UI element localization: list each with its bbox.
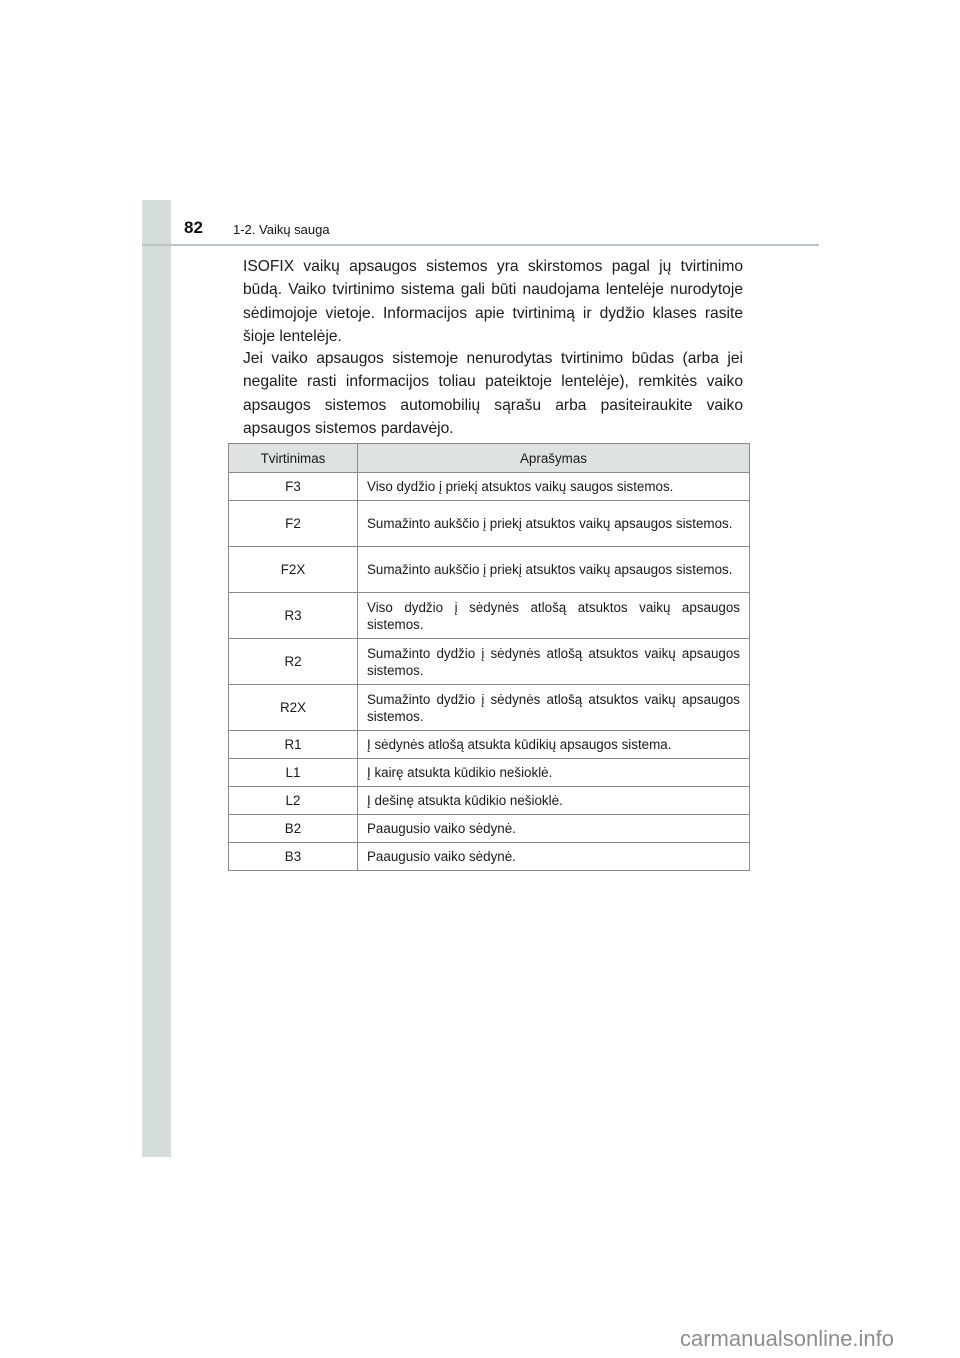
- table-header-row: Tvirtinimas Aprašymas: [229, 444, 750, 473]
- fixture-description: Viso dydžio į sėdynės atlošą atsuktos va…: [358, 593, 750, 639]
- fixture-description: Į sėdynės atlošą atsukta kūdikių apsaugo…: [358, 731, 750, 759]
- table-row: R3 Viso dydžio į sėdynės atlošą atsuktos…: [229, 593, 750, 639]
- table-row: L2 Į dešinę atsukta kūdikio nešioklė.: [229, 787, 750, 815]
- watermark: carmanualsonline.info: [680, 1326, 894, 1352]
- fixture-code: F3: [229, 473, 358, 501]
- fixture-code: L2: [229, 787, 358, 815]
- table-row: B2 Paaugusio vaiko sėdynė.: [229, 815, 750, 843]
- fixture-code: R2X: [229, 685, 358, 731]
- fixture-code: L1: [229, 759, 358, 787]
- fixture-code: F2: [229, 501, 358, 547]
- fixture-description: Į dešinę atsukta kūdikio nešioklė.: [358, 787, 750, 815]
- fixture-description: Paaugusio vaiko sėdynė.: [358, 843, 750, 871]
- table-row: F2 Sumažinto aukščio į priekį atsuktos v…: [229, 501, 750, 547]
- fixture-code: B2: [229, 815, 358, 843]
- table-row: R1 Į sėdynės atlošą atsukta kūdikių apsa…: [229, 731, 750, 759]
- fixture-code: F2X: [229, 547, 358, 593]
- fixture-code: R2: [229, 639, 358, 685]
- table-row: R2X Sumažinto dydžio į sėdynės atlošą at…: [229, 685, 750, 731]
- fixture-description: Sumažinto aukščio į priekį atsuktos vaik…: [358, 547, 750, 593]
- intro-paragraph: ISOFIX vaikų apsaugos sistemos yra skirs…: [243, 255, 743, 349]
- column-header-description: Aprašymas: [358, 444, 750, 473]
- fixture-description: Sumažinto dydžio į sėdynės atlošą atsukt…: [358, 685, 750, 731]
- note-paragraph: Jei vaiko apsaugos sistemoje nenurodytas…: [243, 347, 743, 441]
- table-row: F3 Viso dydžio į priekį atsuktos vaikų s…: [229, 473, 750, 501]
- table-row: B3 Paaugusio vaiko sėdynė.: [229, 843, 750, 871]
- page-number: 82: [184, 218, 203, 238]
- isofix-fixture-table: Tvirtinimas Aprašymas F3 Viso dydžio į p…: [228, 443, 750, 871]
- fixture-description: Į kairę atsukta kūdikio nešioklė.: [358, 759, 750, 787]
- header-divider: [142, 244, 819, 246]
- table-row: R2 Sumažinto dydžio į sėdynės atlošą ats…: [229, 639, 750, 685]
- table-row: L1 Į kairę atsukta kūdikio nešioklė.: [229, 759, 750, 787]
- fixture-description: Viso dydžio į priekį atsuktos vaikų saug…: [358, 473, 750, 501]
- section-title: 1-2. Vaikų sauga: [233, 222, 330, 237]
- fixture-code: B3: [229, 843, 358, 871]
- side-band: [142, 200, 171, 1157]
- fixture-code: R1: [229, 731, 358, 759]
- fixture-description: Sumažinto dydžio į sėdynės atlošą atsukt…: [358, 639, 750, 685]
- fixture-description: Sumažinto aukščio į priekį atsuktos vaik…: [358, 501, 750, 547]
- column-header-fixture: Tvirtinimas: [229, 444, 358, 473]
- fixture-code: R3: [229, 593, 358, 639]
- fixture-description: Paaugusio vaiko sėdynė.: [358, 815, 750, 843]
- table-row: F2X Sumažinto aukščio į priekį atsuktos …: [229, 547, 750, 593]
